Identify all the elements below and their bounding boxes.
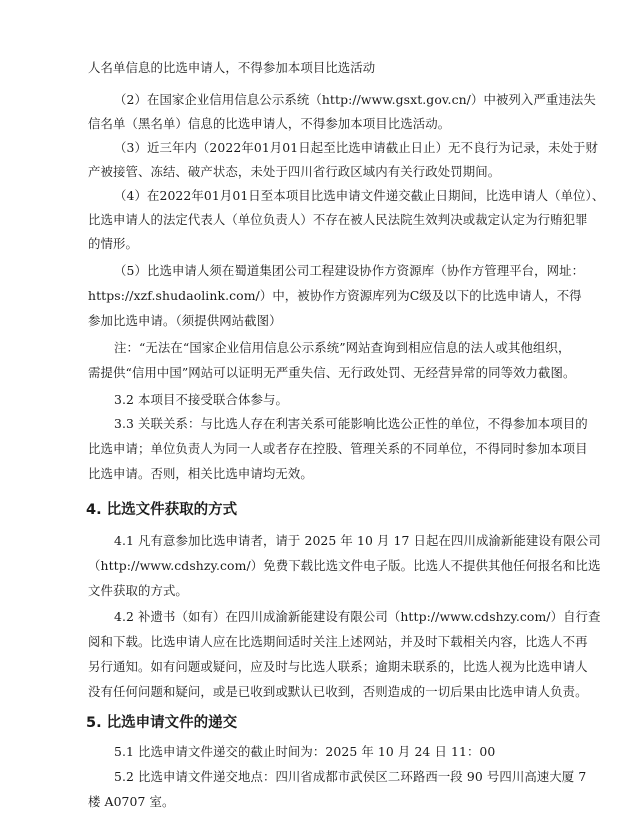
section-heading-5: 5. 比选申请文件的递交 <box>86 714 237 732</box>
text-line: 楼 A0707 室。 <box>88 794 175 810</box>
clause-4-1: 4.1 凡有意参加比选申请者，请于 2025 年 10 月 17 日起在四川成渝… <box>114 533 546 549</box>
clause-3-3: 3.3 关联关系：与比选人存在利害关系可能影响比选公正性的单位，不得参加本项目的 <box>114 416 546 432</box>
text-line: https://xzf.shudaolink.com/）中，被协作方资源库列为C… <box>88 288 546 304</box>
section-heading-4: 4. 比选文件获取的方式 <box>86 501 237 519</box>
text-line: 参加比选申请。（须提供网站截图） <box>88 313 282 329</box>
text-line-item-5: （5）比选申请人须在蜀道集团公司工程建设协作方资源库（协作方管理平台，网址： <box>114 263 546 279</box>
note-line: 需提供“信用中国”网站可以证明无严重失信、无行政处罚、无经营异常的同等效力截图。 <box>88 365 546 381</box>
clause-5-2: 5.2 比选申请文件递交地点：四川省成都市武侯区二环路西一段 90 号四川高速大… <box>114 769 546 785</box>
text-line: （http://www.cdshzy.com/）免费下载比选文件电子版。比选人不… <box>88 558 546 574</box>
note-line: 注：“无法在“国家企业信用信息公示系统”网站查询到相应信息的法人或其他组织， <box>114 340 546 356</box>
clause-3-2: 3.2 本项目不接受联合体参与。 <box>114 392 288 408</box>
text-line-item-4: （4）在2022年01月01日至本项目比选申请文件递交截止日期间，比选申请人（单… <box>114 188 546 204</box>
text-line: 没有任何问题和疑问，或是已收到或默认已收到，否则造成的一切后果由比选申请人负责。 <box>88 684 546 700</box>
text-line: 比选申请。否则，相关比选申请均无效。 <box>88 466 313 482</box>
text-line-item-2: （2）在国家企业信用信息公示系统（http://www.gsxt.gov.cn/… <box>114 92 546 108</box>
text-line: 产被接管、冻结、破产状态，未处于四川省行政区域内有关行政处罚期间。 <box>88 164 500 180</box>
text-line-item-3: （3）近三年内（2022年01月01日起至比选申请截止日止）无不良行为记录，未处… <box>114 140 546 156</box>
text-line: 比选申请；单位负责人为同一人或者存在控股、管理关系的不同单位，不得同时参加本项目 <box>88 441 546 457</box>
text-line: 信名单（黑名单）信息的比选申请人，不得参加本项目比选活动。 <box>88 116 450 132</box>
text-line: 阅和下载。比选申请人应在比选期间适时关注上述网站，并及时下载相关内容，比选人不再 <box>88 634 546 650</box>
text-line: 人名单信息的比选申请人，不得参加本项目比选活动 <box>88 60 375 76</box>
text-line: 的情形。 <box>88 236 138 252</box>
text-line: 比选申请人的法定代表人（单位负责人）不存在被人民法院生效判决或裁定认定为行贿犯罪 <box>88 212 546 228</box>
clause-5-1: 5.1 比选申请文件递交的截止时间为：2025 年 10 月 24 日 11：0… <box>114 744 495 760</box>
text-line: 文件获取的方式。 <box>88 583 188 599</box>
clause-4-2: 4.2 补遗书（如有）在四川成渝新能建设有限公司（http://www.cdsh… <box>114 609 546 625</box>
text-line: 另行通知。如有问题或疑问，应及时与比选人联系；逾期未联系的，比选人视为比选申请人 <box>88 659 546 675</box>
